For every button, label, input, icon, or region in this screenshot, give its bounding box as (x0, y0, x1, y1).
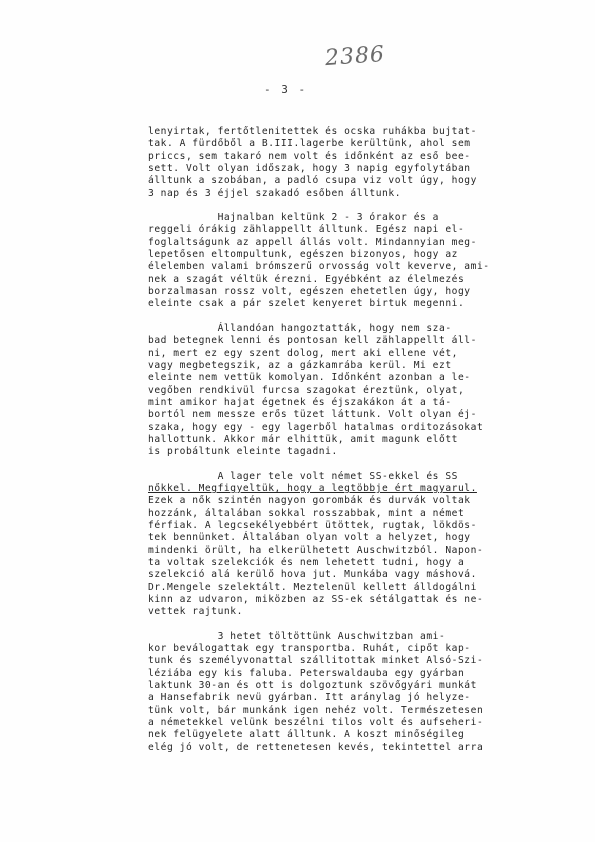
text-line: ni, mert ez egy szent dolog, mert aki el… (148, 348, 548, 360)
text-line: nek felügyelete alatt álltunk. A koszt m… (148, 729, 548, 741)
text-line: borzalmasan rossz volt, egészen ehetetle… (148, 286, 548, 298)
text-line: a Hansefabrik nevü gyárban. Itt aránylag… (148, 692, 548, 704)
text-line: reggeli órákig zählappellt álltunk. Egés… (148, 224, 548, 236)
text-line: mindenki örült, ha elkerülhetett Auschwi… (148, 545, 548, 557)
text-line: bad betegnek lenni és pontosan kell zähl… (148, 335, 548, 347)
text-line: tünk volt, bár munkánk igen nehéz volt. … (148, 705, 548, 717)
paragraph: lenyirtak, fertőtlenitettek és ocska ruh… (148, 126, 548, 200)
body-text: lenyirtak, fertőtlenitettek és ocska ruh… (148, 126, 548, 754)
text-line: ta voltak szelekciók és nem lehetett tud… (148, 557, 548, 569)
text-line: Ezek a nők szintén nagyon gorombák és du… (148, 495, 548, 507)
handwritten-archive-number: 2386 (324, 42, 386, 71)
text-line: hallottunk. Akkor már elhittük, amit mag… (148, 434, 548, 446)
paragraph-gap (148, 200, 548, 212)
text-line: bortól nem messze erős tüzet láttunk. Vo… (148, 409, 548, 421)
text-line: lenyirtak, fertőtlenitettek és ocska ruh… (148, 126, 548, 138)
text-line: sett. Volt olyan időszak, hogy 3 napig e… (148, 163, 548, 175)
text-line: lepetősen eltompultunk, egészen bizonyos… (148, 249, 548, 261)
text-line: Hajnalban keltünk 2 - 3 órakor és a (148, 212, 548, 224)
paragraph: Hajnalban keltünk 2 - 3 órakor és a regg… (148, 212, 548, 311)
text-line: tek bennünket. Általában olyan volt a he… (148, 532, 548, 544)
text-line: 3 nap és 3 éjjel szakadó esőben álltunk. (148, 188, 548, 200)
text-line: férfiak. A legcsekélyebbért ütöttek, rug… (148, 520, 548, 532)
text-line: a németekkel velünk beszélni tilos volt … (148, 717, 548, 729)
text-line: eleinte csak a pár szelet kenyeret birtu… (148, 298, 548, 310)
paragraph-gap (148, 619, 548, 631)
text-line: álltunk a szobában, a padló csupa viz vo… (148, 175, 548, 187)
text-line: Dr.Mengele szelektált. Meztelenül kellet… (148, 582, 548, 594)
text-line: tunk és személyvonattal szállitottak min… (148, 655, 548, 667)
text-line: nek a szagát véltük érezni. Egyébként az… (148, 274, 548, 286)
text-line: tak. A fürdőből a B.III.lagerbe kerültün… (148, 138, 548, 150)
paragraph-gap (148, 311, 548, 323)
paragraph: Állandóan hangoztatták, hogy nem sza- ba… (148, 323, 548, 459)
text-line: mint amikor hajat égetnek és éjszakákon … (148, 397, 548, 409)
text-line: élelemben valami brómszerű orvosság volt… (148, 261, 548, 273)
text-line: kor beválogattak egy transportba. Ruhát,… (148, 643, 548, 655)
text-line: laktunk 30-an és ott is dolgoztunk szövő… (148, 680, 548, 692)
text-line: Állandóan hangoztatták, hogy nem sza- (148, 323, 548, 335)
text-line: foglaltságunk az appell állás volt. Mind… (148, 237, 548, 249)
text-line: vegőben rendkivül furcsa szagokat éreztü… (148, 385, 548, 397)
text-line: is probáltunk eleinte tagadni. (148, 446, 548, 458)
text-line: szaka, hogy egy - egy lagerből hatalmas … (148, 422, 548, 434)
text-line: szelekció alá kerülő hova jut. Munkába v… (148, 569, 548, 581)
text-line: vettek rajtunk. (148, 606, 548, 618)
text-line: elég jó volt, de rettenetesen kevés, tek… (148, 742, 548, 754)
text-line: priccs, sem takaró nem volt és időnként … (148, 151, 548, 163)
paragraph-gap (148, 459, 548, 471)
document-page: 2386 - 3 - lenyirtak, fertőtlenitettek é… (0, 0, 595, 842)
text-line: hozzánk, általában sokkal rosszabbak, mi… (148, 508, 548, 520)
paragraph: 3 hetet töltöttünk Auschwitzban ami- kor… (148, 631, 548, 754)
paragraph: A lager tele volt német SS-ekkel és SS n… (148, 471, 548, 619)
text-line: léziába egy kis faluba. Peterswaldauba e… (148, 668, 548, 680)
page-number: - 3 - (264, 83, 307, 96)
text-line: nőkkel. Megfigyeltük, hogy a legtöbbje é… (148, 483, 548, 495)
text-line: kinn az udvaron, miközben az SS-ek sétál… (148, 594, 548, 606)
text-line: vagy megbetegszik, az a gázkamrába kerül… (148, 360, 548, 372)
text-line: 3 hetet töltöttünk Auschwitzban ami- (148, 631, 548, 643)
text-line: A lager tele volt német SS-ekkel és SS (148, 471, 548, 483)
text-line: eleinte nem vettük komolyan. Időnként az… (148, 372, 548, 384)
